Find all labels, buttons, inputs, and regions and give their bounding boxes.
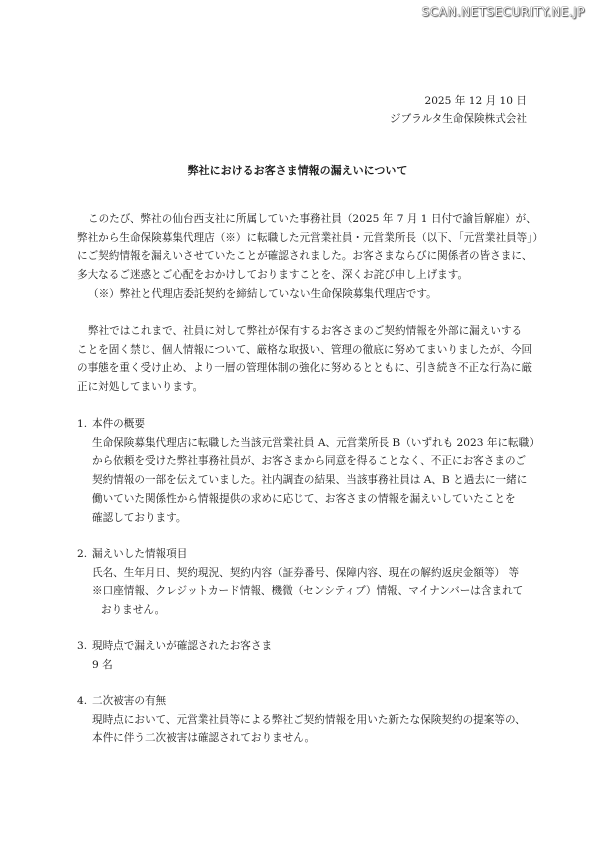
- document-date: 2025 年 12 月 10 日: [424, 95, 527, 108]
- section-number: 1.: [77, 415, 90, 434]
- section-line: 本件に伴う二次被害は確認されておりません。: [92, 729, 537, 748]
- section-heading: 二次被害の有無: [92, 692, 537, 711]
- section-line: 確認しております。: [92, 509, 537, 528]
- section-leaked-items: 2. 漏えいした情報項目 氏名、生年月日、契約現況、契約内容（証券番号、保障内容…: [77, 545, 537, 620]
- section-line: ※口座情報、クレジットカード情報、機微（センシティブ）情報、マイナンバーは含まれ…: [92, 582, 537, 601]
- section-line: 氏名、生年月日、契約現況、契約内容（証券番号、保障内容、現在の解約返戻金額等） …: [92, 564, 537, 583]
- intro-line: 弊社から生命保険募集代理店（※）に転職した元営業社員・元営業所長（以下、「元営業…: [77, 229, 527, 248]
- section-secondary-damage: 4. 二次被害の有無 現時点において、元営業社員等による弊社ご契約情報を用いた新…: [77, 692, 537, 748]
- commitment-line: の事態を重く受け止め、より一層の管理体制の強化に努めるとともに、引き続き不正な行…: [77, 359, 527, 378]
- section-line: 契約情報の一部を伝えていました。社内調査の結果、当該事務社員は A、B と過去に…: [92, 471, 537, 490]
- section-line: から依頼を受けた弊社事務社員が、お客さまから同意を得ることなく、不正にお客さまの…: [92, 452, 537, 471]
- section-affected-customers: 3. 現時点で漏えいが確認されたお客さま 9 名: [77, 637, 537, 674]
- section-line: 働いていた関係性から情報提供の求めに応じて、お客さまの情報を漏えいしていたことを: [92, 490, 537, 509]
- intro-note: （※）弊社と代理店委託契約を締結していない生命保険募集代理店です。: [77, 285, 527, 304]
- section-heading: 漏えいした情報項目: [92, 545, 537, 564]
- section-line: 生命保険募集代理店に転職した当該元営業社員 A、元営業所長 B（いずれも 202…: [92, 434, 537, 453]
- commitment-line: ことを固く禁じ、個人情報について、厳格な取扱い、管理の徹底に努めてまいりましたが…: [77, 341, 527, 360]
- intro-line: 多大なるご迷惑とご心配をおかけしておりますことを、深くお詫び申し上げます。: [77, 266, 527, 285]
- section-overview: 1. 本件の概要 生命保険募集代理店に転職した当該元営業社員 A、元営業所長 B…: [77, 415, 537, 527]
- document-title: 弊社におけるお客さま情報の漏えいについて: [0, 164, 595, 177]
- intro-line: にご契約情報を漏えいさせていたことが確認されました。お客さまならびに関係者の皆さ…: [77, 247, 527, 266]
- section-number: 4.: [77, 692, 90, 711]
- commitment-paragraph: 弊社ではこれまで、社員に対して弊社が保有するお客さまのご契約情報を外部に漏えいす…: [77, 322, 527, 397]
- intro-paragraph: このたび、弊社の仙台西支社に所属していた事務社員（2025 年 7 月 1 日付…: [77, 210, 527, 304]
- section-number: 3.: [77, 637, 90, 656]
- section-line: おりません。: [92, 601, 537, 620]
- section-number: 2.: [77, 545, 90, 564]
- commitment-line: 弊社ではこれまで、社員に対して弊社が保有するお客さまのご契約情報を外部に漏えいす…: [77, 322, 527, 341]
- intro-line: このたび、弊社の仙台西支社に所属していた事務社員（2025 年 7 月 1 日付…: [77, 210, 527, 229]
- section-line: 現時点において、元営業社員等による弊社ご契約情報を用いた新たな保険契約の提案等の…: [92, 711, 537, 730]
- company-name: ジブラルタ生命保険株式会社: [390, 113, 527, 126]
- watermark: SCAN.NETSECURITY.NE.JP: [422, 5, 585, 19]
- section-heading: 本件の概要: [92, 415, 537, 434]
- commitment-line: 正に対処してまいります。: [77, 378, 527, 397]
- affected-count: 9 名: [92, 656, 537, 675]
- section-heading: 現時点で漏えいが確認されたお客さま: [92, 637, 537, 656]
